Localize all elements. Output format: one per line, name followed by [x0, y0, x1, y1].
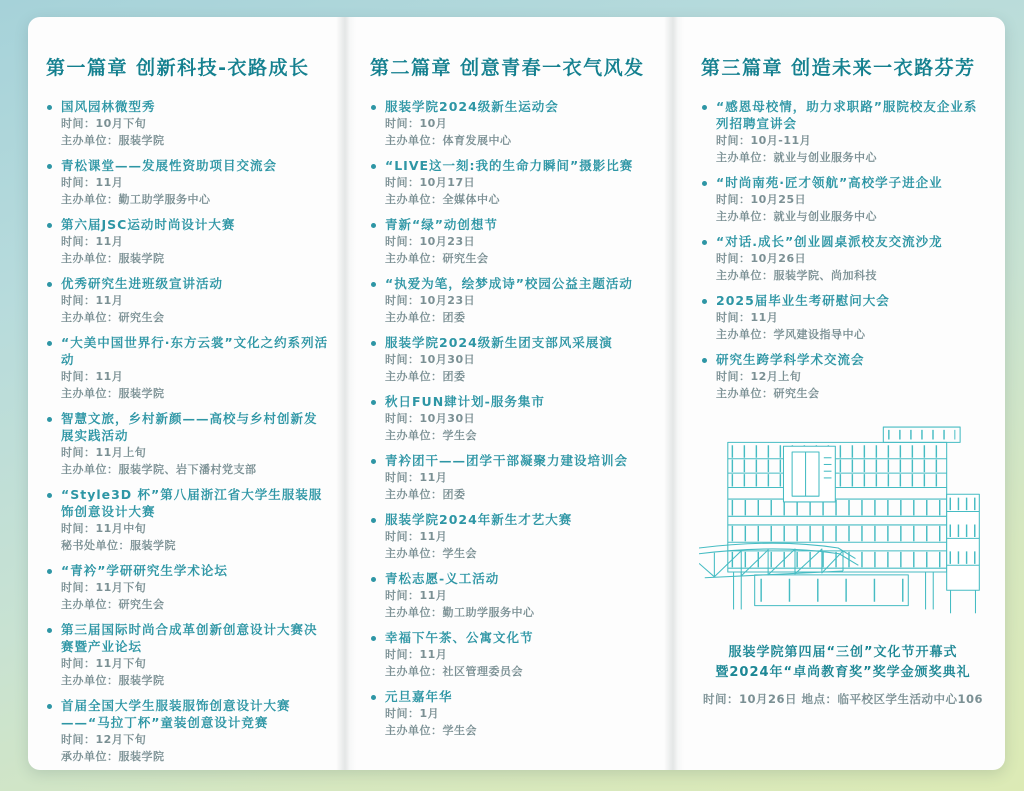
event-organizer: 主办单位：学生会	[385, 546, 657, 562]
event-text: 服装学院2024年新生才艺大赛 时间：11月 主办单位：学生会	[385, 511, 657, 561]
event-time: 时间：11月	[61, 293, 330, 309]
event-organizer: 主办单位：勤工助学服务中心	[61, 192, 330, 208]
chapter-2-title: 第二篇章 创意青春一衣气风发	[370, 53, 657, 80]
event-title: 优秀研究生进班级宣讲活动	[61, 275, 330, 292]
event-title: “LIVE这一刻:我的生命力瞬间”摄影比赛	[385, 157, 657, 174]
event-time: 时间：11月	[385, 470, 657, 486]
event-text: 服装学院2024级新生运动会 时间：10月 主办单位：体育发展中心	[385, 98, 657, 148]
bullet-icon	[47, 282, 52, 287]
event-title: 2025届毕业生考研慰问大会	[716, 292, 989, 309]
event-title: 第三届国际时尚合成革创新创意设计大赛决赛暨产业论坛	[61, 621, 330, 655]
event-item: “LIVE这一刻:我的生命力瞬间”摄影比赛 时间：10月17日 主办单位：全媒体…	[366, 157, 657, 207]
event-organizer: 承办单位：服装学院	[61, 749, 330, 765]
event-title: “时尚南苑·匠才领航”高校学子进企业	[716, 174, 989, 191]
event-organizer: 主办单位：服装学院	[61, 133, 330, 149]
event-title: 幸福下午茶、公寓文化节	[385, 629, 657, 646]
bullet-icon	[47, 223, 52, 228]
event-organizer: 主办单位：学生会	[385, 428, 657, 444]
event-title: “执爱为笔，绘梦成诗”校园公益主题活动	[385, 275, 657, 292]
event-item: 服装学院2024级新生运动会 时间：10月 主办单位：体育发展中心	[366, 98, 657, 148]
chapter-1-title: 第一篇章 创新科技-衣路成长	[46, 53, 330, 80]
event-text: “时尚南苑·匠才领航”高校学子进企业 时间：10月25日 主办单位：就业与创业服…	[716, 174, 989, 224]
bullet-icon	[47, 417, 52, 422]
bullet-icon	[47, 164, 52, 169]
event-title: 元旦嘉年华	[385, 688, 657, 705]
event-text: “LIVE这一刻:我的生命力瞬间”摄影比赛 时间：10月17日 主办单位：全媒体…	[385, 157, 657, 207]
event-organizer: 主办单位：团委	[385, 369, 657, 385]
event-item: 智慧文旅，乡村新颜——高校与乡村创新发展实践活动 时间：11月上旬 主办单位：服…	[42, 410, 330, 477]
bullet-icon	[47, 341, 52, 346]
event-item: 首届全国大学生服装服饰创意设计大赛——“马拉丁杯”童装创意设计竞赛 时间：12月…	[42, 697, 330, 764]
event-item: 国风园林微型秀 时间：10月下旬 主办单位：服装学院	[42, 98, 330, 148]
event-item: 青衿团干——团学干部凝聚力建设培训会 时间：11月 主办单位：团委	[366, 452, 657, 502]
bullet-icon	[47, 105, 52, 110]
page-background: 第一篇章 创新科技-衣路成长 国风园林微型秀 时间：10月下旬 主办单位：服装学…	[0, 0, 1024, 791]
event-text: 第三届国际时尚合成革创新创意设计大赛决赛暨产业论坛 时间：11月下旬 主办单位：…	[61, 621, 330, 688]
event-time: 时间：10月下旬	[61, 116, 330, 132]
event-text: 2025届毕业生考研慰问大会 时间：11月 主办单位：学风建设指导中心	[716, 292, 989, 342]
panel-chapter-1: 第一篇章 创新科技-衣路成长 国风园林微型秀 时间：10月下旬 主办单位：服装学…	[28, 17, 346, 770]
event-text: 幸福下午茶、公寓文化节 时间：11月 主办单位：社区管理委员会	[385, 629, 657, 679]
panel-chapter-3: 第三篇章 创造未来一衣路芬芳 “感恩母校情，助力求职路”服院校友企业系列招聘宣讲…	[673, 17, 1005, 770]
event-text: 研究生跨学科学术交流会 时间：12月上旬 主办单位：研究生会	[716, 351, 989, 401]
bullet-icon	[47, 569, 52, 574]
event-text: 第六届JSC运动时尚设计大赛 时间：11月 主办单位：服装学院	[61, 216, 330, 266]
event-title: 青衿团干——团学干部凝聚力建设培训会	[385, 452, 657, 469]
event-time: 时间：10月-11月	[716, 133, 989, 149]
bullet-icon	[702, 299, 707, 304]
chapter-1-event-list: 国风园林微型秀 时间：10月下旬 主办单位：服装学院 青松课堂——发展性资助项目…	[42, 98, 330, 764]
event-text: 元旦嘉年华 时间：1月 主办单位：学生会	[385, 688, 657, 738]
bullet-icon	[371, 518, 376, 523]
event-time: 时间：11月	[61, 369, 330, 385]
event-time: 时间：10月23日	[385, 293, 657, 309]
event-text: 青松志愿-义工活动 时间：11月 主办单位：勤工助学服务中心	[385, 570, 657, 620]
event-title: 第六届JSC运动时尚设计大赛	[61, 216, 330, 233]
event-organizer: 主办单位：研究生会	[716, 386, 989, 402]
event-time: 时间：10月23日	[385, 234, 657, 250]
event-time: 时间：10月17日	[385, 175, 657, 191]
event-item: “时尚南苑·匠才领航”高校学子进企业 时间：10月25日 主办单位：就业与创业服…	[697, 174, 989, 224]
event-text: “感恩母校情，助力求职路”服院校友企业系列招聘宣讲会 时间：10月-11月 主办…	[716, 98, 989, 165]
event-text: “对话.成长”创业圆桌派校友交流沙龙 时间：10月26日 主办单位：服装学院、尚…	[716, 233, 989, 283]
event-item: “Style3D 杯”第八届浙江省大学生服装服饰创意设计大赛 时间：11月中旬 …	[42, 486, 330, 553]
event-item: 青松志愿-义工活动 时间：11月 主办单位：勤工助学服务中心	[366, 570, 657, 620]
event-time: 时间：11月	[385, 529, 657, 545]
event-text: 青衿团干——团学干部凝聚力建设培训会 时间：11月 主办单位：团委	[385, 452, 657, 502]
event-text: 智慧文旅，乡村新颜——高校与乡村创新发展实践活动 时间：11月上旬 主办单位：服…	[61, 410, 330, 477]
event-item: 青松课堂——发展性资助项目交流会 时间：11月 主办单位：勤工助学服务中心	[42, 157, 330, 207]
event-text: “Style3D 杯”第八届浙江省大学生服装服饰创意设计大赛 时间：11月中旬 …	[61, 486, 330, 553]
event-title: 服装学院2024级新生团支部风采展演	[385, 334, 657, 351]
event-title: 服装学院2024年新生才艺大赛	[385, 511, 657, 528]
event-item: “大美中国世界行·东方云裳”文化之约系列活动 时间：11月 主办单位：服装学院	[42, 334, 330, 401]
event-item: “对话.成长”创业圆桌派校友交流沙龙 时间：10月26日 主办单位：服装学院、尚…	[697, 233, 989, 283]
event-item: 元旦嘉年华 时间：1月 主办单位：学生会	[366, 688, 657, 738]
event-title: “Style3D 杯”第八届浙江省大学生服装服饰创意设计大赛	[61, 486, 330, 520]
event-item: 研究生跨学科学术交流会 时间：12月上旬 主办单位：研究生会	[697, 351, 989, 401]
brochure-sheet: 第一篇章 创新科技-衣路成长 国风园林微型秀 时间：10月下旬 主办单位：服装学…	[28, 17, 1005, 770]
event-time: 时间：11月下旬	[61, 656, 330, 672]
bullet-icon	[371, 282, 376, 287]
event-time: 时间：11月	[385, 588, 657, 604]
event-organizer: 主办单位：学生会	[385, 723, 657, 739]
bullet-icon	[371, 223, 376, 228]
event-time: 时间：10月26日	[716, 251, 989, 267]
event-time: 时间：10月30日	[385, 352, 657, 368]
event-time: 时间：10月	[385, 116, 657, 132]
event-organizer: 主办单位：服装学院、岩下潘村党支部	[61, 462, 330, 478]
event-organizer: 主办单位：社区管理委员会	[385, 664, 657, 680]
bullet-icon	[47, 628, 52, 633]
bullet-icon	[371, 400, 376, 405]
event-organizer: 主办单位：学风建设指导中心	[716, 327, 989, 343]
event-text: 国风园林微型秀 时间：10月下旬 主办单位：服装学院	[61, 98, 330, 148]
event-organizer: 主办单位：服装学院	[61, 251, 330, 267]
event-item: 青新“绿”动创想节 时间：10月23日 主办单位：研究生会	[366, 216, 657, 266]
event-time: 时间：11月上旬	[61, 445, 330, 461]
bullet-icon	[371, 164, 376, 169]
event-item: “感恩母校情，助力求职路”服院校友企业系列招聘宣讲会 时间：10月-11月 主办…	[697, 98, 989, 165]
event-organizer: 主办单位：体育发展中心	[385, 133, 657, 149]
event-title: “大美中国世界行·东方云裳”文化之约系列活动	[61, 334, 330, 368]
event-title: 秋日FUN肆计划-服务集市	[385, 393, 657, 410]
bullet-icon	[371, 695, 376, 700]
event-organizer: 主办单位：研究生会	[61, 597, 330, 613]
event-text: “青衿”学研研究生学术论坛 时间：11月下旬 主办单位：研究生会	[61, 562, 330, 612]
event-text: 首届全国大学生服装服饰创意设计大赛——“马拉丁杯”童装创意设计竞赛 时间：12月…	[61, 697, 330, 764]
event-organizer: 主办单位：勤工助学服务中心	[385, 605, 657, 621]
event-title: 服装学院2024级新生运动会	[385, 98, 657, 115]
event-time: 时间：12月上旬	[716, 369, 989, 385]
bullet-icon	[371, 459, 376, 464]
event-item: 服装学院2024年新生才艺大赛 时间：11月 主办单位：学生会	[366, 511, 657, 561]
event-organizer: 主办单位：团委	[385, 487, 657, 503]
event-title: “青衿”学研研究生学术论坛	[61, 562, 330, 579]
event-title: 青松课堂——发展性资助项目交流会	[61, 157, 330, 174]
event-item: 第三届国际时尚合成革创新创意设计大赛决赛暨产业论坛 时间：11月下旬 主办单位：…	[42, 621, 330, 688]
event-time: 时间：1月	[385, 706, 657, 722]
chapter-2-event-list: 服装学院2024级新生运动会 时间：10月 主办单位：体育发展中心 “LIVE这…	[366, 98, 657, 738]
event-organizer: 主办单位：就业与创业服务中心	[716, 150, 989, 166]
event-item: “执爱为笔，绘梦成诗”校园公益主题活动 时间：10月23日 主办单位：团委	[366, 275, 657, 325]
event-time: 时间：11月	[385, 647, 657, 663]
bullet-icon	[702, 358, 707, 363]
event-text: 优秀研究生进班级宣讲活动 时间：11月 主办单位：研究生会	[61, 275, 330, 325]
panel-chapter-2: 第二篇章 创意青春一衣气风发 服装学院2024级新生运动会 时间：10月 主办单…	[346, 17, 673, 770]
event-item: 秋日FUN肆计划-服务集市 时间：10月30日 主办单位：学生会	[366, 393, 657, 443]
event-time: 时间：11月下旬	[61, 580, 330, 596]
event-title: 智慧文旅，乡村新颜——高校与乡村创新发展实践活动	[61, 410, 330, 444]
bullet-icon	[702, 240, 707, 245]
event-organizer: 主办单位：服装学院	[61, 673, 330, 689]
event-item: 优秀研究生进班级宣讲活动 时间：11月 主办单位：研究生会	[42, 275, 330, 325]
chapter-3-title: 第三篇章 创造未来一衣路芬芳	[701, 53, 989, 80]
event-item: 第六届JSC运动时尚设计大赛 时间：11月 主办单位：服装学院	[42, 216, 330, 266]
event-time: 时间：10月30日	[385, 411, 657, 427]
event-title: 青松志愿-义工活动	[385, 570, 657, 587]
event-text: 秋日FUN肆计划-服务集市 时间：10月30日 主办单位：学生会	[385, 393, 657, 443]
bullet-icon	[702, 181, 707, 186]
event-organizer: 主办单位：研究生会	[61, 310, 330, 326]
closing-ceremony-block: 服装学院第四届“三创”文化节开幕式 暨2024年“卓尚教育奖”奖学金颁奖典礼 时…	[697, 643, 989, 707]
event-organizer: 主办单位：团委	[385, 310, 657, 326]
bullet-icon	[371, 577, 376, 582]
event-item: 服装学院2024级新生团支部风采展演 时间：10月30日 主办单位：团委	[366, 334, 657, 384]
event-time: 时间：11月	[61, 234, 330, 250]
event-title: 国风园林微型秀	[61, 98, 330, 115]
event-time: 时间：11月	[716, 310, 989, 326]
event-organizer: 主办单位：服装学院、尚加科技	[716, 268, 989, 284]
closing-title-line-2: 暨2024年“卓尚教育奖”奖学金颁奖典礼	[697, 663, 989, 683]
event-time: 时间：11月	[61, 175, 330, 191]
event-text: 青松课堂——发展性资助项目交流会 时间：11月 主办单位：勤工助学服务中心	[61, 157, 330, 207]
event-organizer: 主办单位：就业与创业服务中心	[716, 209, 989, 225]
event-title: 首届全国大学生服装服饰创意设计大赛——“马拉丁杯”童装创意设计竞赛	[61, 697, 330, 731]
event-item: 幸福下午茶、公寓文化节 时间：11月 主办单位：社区管理委员会	[366, 629, 657, 679]
event-organizer: 主办单位：全媒体中心	[385, 192, 657, 208]
event-text: “大美中国世界行·东方云裳”文化之约系列活动 时间：11月 主办单位：服装学院	[61, 334, 330, 401]
event-title: “对话.成长”创业圆桌派校友交流沙龙	[716, 233, 989, 250]
event-organizer: 主办单位：服装学院	[61, 386, 330, 402]
event-text: 青新“绿”动创想节 时间：10月23日 主办单位：研究生会	[385, 216, 657, 266]
event-organizer: 秘书处单位：服装学院	[61, 538, 330, 554]
bullet-icon	[702, 105, 707, 110]
event-title: 青新“绿”动创想节	[385, 216, 657, 233]
chapter-3-event-list: “感恩母校情，助力求职路”服院校友企业系列招聘宣讲会 时间：10月-11月 主办…	[697, 98, 989, 401]
event-organizer: 主办单位：研究生会	[385, 251, 657, 267]
building-line-art-svg	[699, 413, 987, 635]
bullet-icon	[47, 704, 52, 709]
building-illustration	[697, 413, 989, 639]
closing-time-place: 时间：10月26日 地点：临平校区学生活动中心106	[697, 691, 989, 707]
event-item: 2025届毕业生考研慰问大会 时间：11月 主办单位：学风建设指导中心	[697, 292, 989, 342]
bullet-icon	[371, 105, 376, 110]
event-time: 时间：11月中旬	[61, 521, 330, 537]
bullet-icon	[371, 341, 376, 346]
bullet-icon	[47, 493, 52, 498]
event-text: 服装学院2024级新生团支部风采展演 时间：10月30日 主办单位：团委	[385, 334, 657, 384]
event-title: 研究生跨学科学术交流会	[716, 351, 989, 368]
bullet-icon	[371, 636, 376, 641]
event-time: 时间：12月下旬	[61, 732, 330, 748]
event-item: “青衿”学研研究生学术论坛 时间：11月下旬 主办单位：研究生会	[42, 562, 330, 612]
event-time: 时间：10月25日	[716, 192, 989, 208]
event-text: “执爱为笔，绘梦成诗”校园公益主题活动 时间：10月23日 主办单位：团委	[385, 275, 657, 325]
closing-title-line-1: 服装学院第四届“三创”文化节开幕式	[697, 643, 989, 663]
event-title: “感恩母校情，助力求职路”服院校友企业系列招聘宣讲会	[716, 98, 989, 132]
